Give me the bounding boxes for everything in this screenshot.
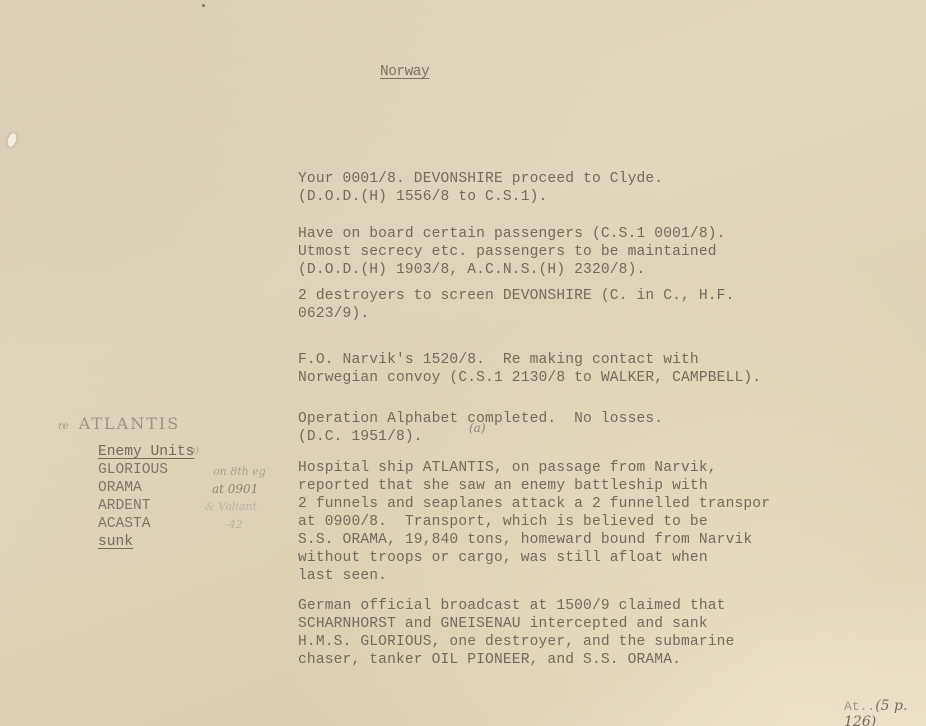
handwritten-side-note: at 0901 bbox=[212, 482, 258, 496]
handwritten-side-note: & Valiant bbox=[205, 500, 257, 513]
margin-note-prefix: re bbox=[58, 421, 69, 432]
margin-note-atlantis: reATLANTIS bbox=[58, 414, 180, 433]
text-line: reported that she saw an enemy battleshi… bbox=[298, 478, 708, 494]
text-line: SCHARNHORST and GNEISENAU intercepted an… bbox=[298, 616, 708, 632]
text-line: S.S. ORAMA, 19,840 tons, homeward bound … bbox=[298, 532, 752, 548]
punch-hole bbox=[6, 132, 18, 148]
handwritten-side-note: -42 bbox=[225, 518, 243, 531]
enemy-units-heading: Enemy Units bbox=[98, 443, 194, 461]
text-line: 0623/9). bbox=[298, 306, 369, 322]
handwritten-footnote-mark: (a) bbox=[469, 421, 486, 435]
ink-speck bbox=[202, 4, 205, 7]
paragraph-passengers: Have on board certain passengers (C.S.1 … bbox=[298, 225, 726, 279]
text-line: at 0900/8. Transport, which is believed … bbox=[298, 514, 708, 530]
handwritten-side-note: on 8th eg bbox=[213, 465, 266, 478]
text-line: (D.O.D.(H) 1903/8, A.C.N.S.(H) 2320/8). bbox=[298, 262, 645, 278]
sunk-label: sunk bbox=[98, 533, 194, 551]
page-title: Norway bbox=[380, 64, 429, 80]
list-item: GLORIOUS bbox=[98, 461, 194, 479]
text-line: H.M.S. GLORIOUS, one destroyer, and the … bbox=[298, 634, 734, 650]
list-item: ORAMA bbox=[98, 479, 194, 497]
margin-note-text: ATLANTIS bbox=[79, 414, 180, 433]
list-item: ACASTA bbox=[98, 515, 194, 533]
page-reference-prefix: At.. bbox=[844, 699, 875, 714]
paragraph-atlantis: Hospital ship ATLANTIS, on passage from … bbox=[298, 459, 770, 585]
text-line: chaser, tanker OIL PIONEER, and S.S. ORA… bbox=[298, 652, 681, 668]
paragraph-german-broadcast: German official broadcast at 1500/9 clai… bbox=[298, 597, 734, 669]
text-line: 2 destroyers to screen DEVONSHIRE (C. in… bbox=[298, 288, 734, 304]
document-page: Norway Your 0001/8. DEVONSHIRE proceed t… bbox=[0, 0, 926, 726]
paragraph-devonshire: Your 0001/8. DEVONSHIRE proceed to Clyde… bbox=[298, 170, 663, 206]
text-line: Have on board certain passengers (C.S.1 … bbox=[298, 226, 726, 242]
page-reference: At..(5 p. 126) bbox=[844, 698, 926, 726]
text-line: Hospital ship ATLANTIS, on passage from … bbox=[298, 460, 717, 476]
text-line: without troops or cargo, was still afloa… bbox=[298, 550, 708, 566]
handwritten-side-mark: a) bbox=[190, 446, 199, 456]
text-line: 2 funnels and seaplanes attack a 2 funne… bbox=[298, 496, 770, 512]
text-line: Norwegian convoy (C.S.1 2130/8 to WALKER… bbox=[298, 370, 761, 386]
text-line: F.O. Narvik's 1520/8. Re making contact … bbox=[298, 352, 699, 368]
text-line: (D.O.D.(H) 1556/8 to C.S.1). bbox=[298, 189, 547, 205]
text-line: Utmost secrecy etc. passengers to be mai… bbox=[298, 244, 717, 260]
text-line: last seen. bbox=[298, 568, 387, 584]
enemy-units-list: Enemy Units GLORIOUS ORAMA ARDENT ACASTA… bbox=[98, 443, 194, 551]
paragraph-destroyers: 2 destroyers to screen DEVONSHIRE (C. in… bbox=[298, 287, 734, 323]
text-line: (D.C. 1951/8). bbox=[298, 429, 423, 445]
text-line: German official broadcast at 1500/9 clai… bbox=[298, 598, 726, 614]
list-item: ARDENT bbox=[98, 497, 194, 515]
text-line: Your 0001/8. DEVONSHIRE proceed to Clyde… bbox=[298, 171, 663, 187]
paragraph-narvik: F.O. Narvik's 1520/8. Re making contact … bbox=[298, 351, 761, 387]
